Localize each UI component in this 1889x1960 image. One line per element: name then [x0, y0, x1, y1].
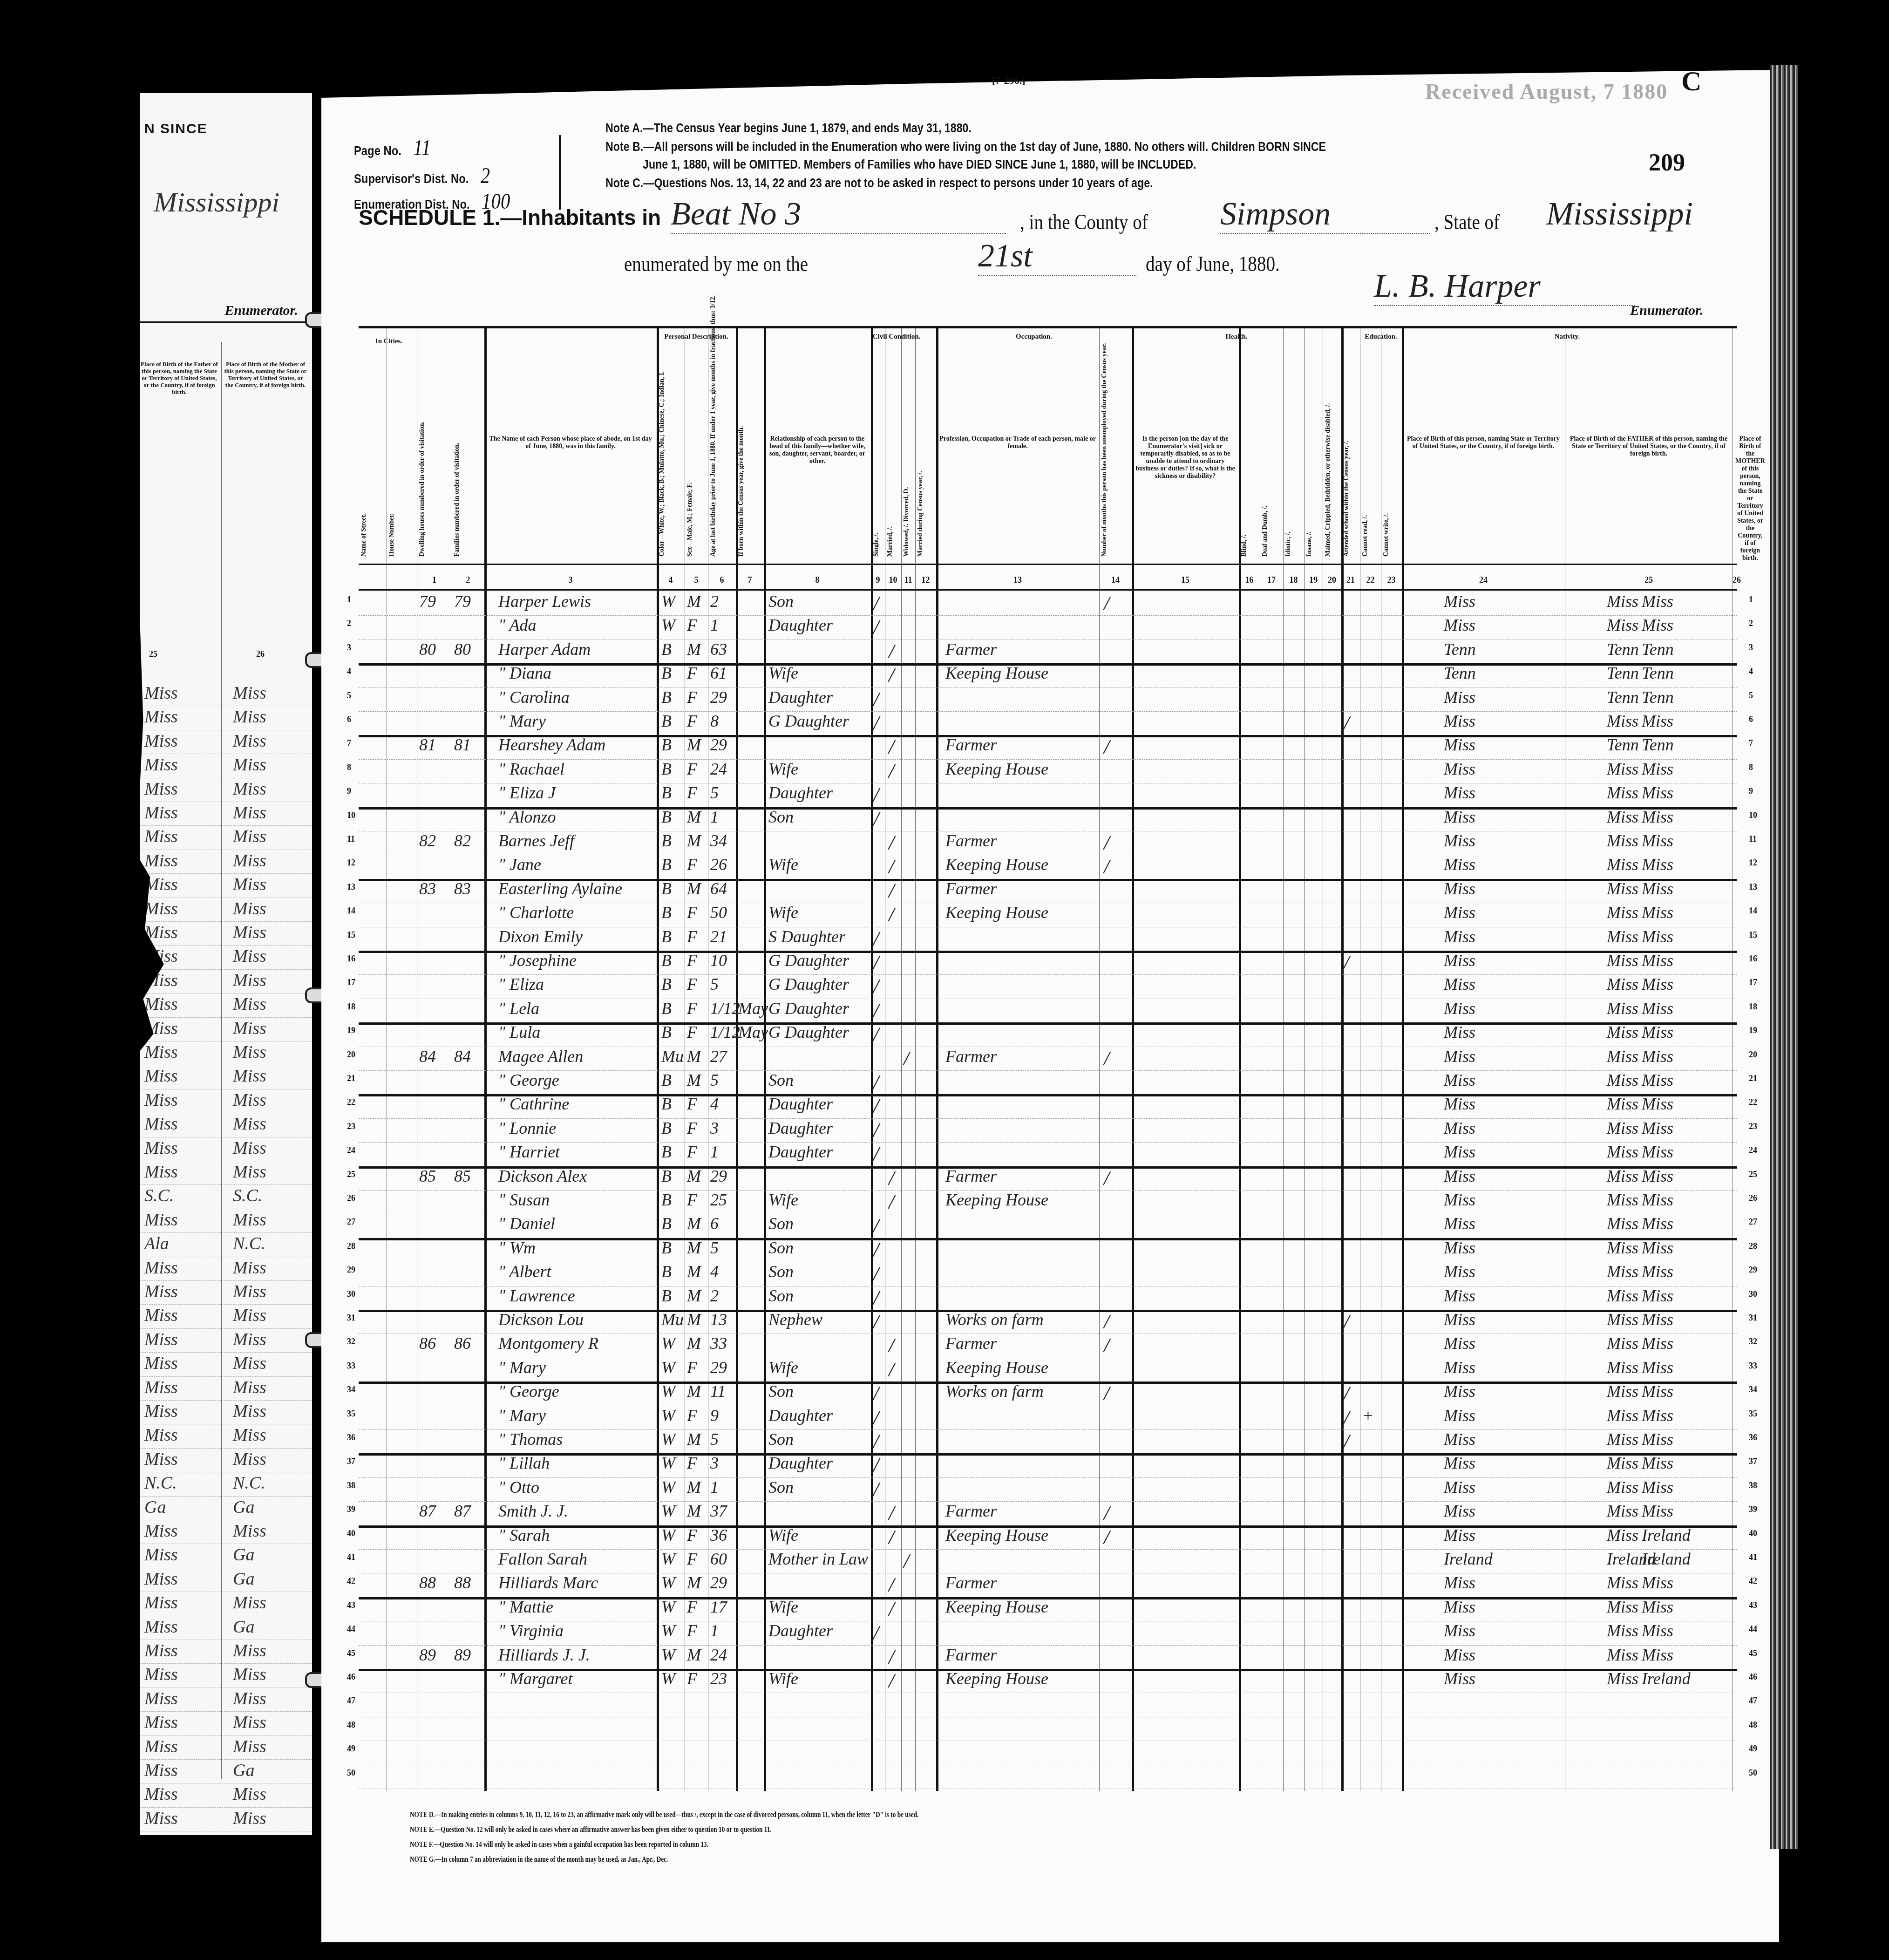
- cell-name: Harper Lewis: [498, 592, 591, 615]
- cell-father: Miss: [1607, 855, 1638, 878]
- cell-dwelling: 86: [419, 1334, 436, 1357]
- cell-name: " Margaret: [498, 1669, 572, 1693]
- cell-married: /: [889, 1358, 894, 1382]
- row-number: 24: [1749, 1145, 1757, 1155]
- cell-sex: F: [687, 1142, 697, 1166]
- state-value: Mississippi: [1546, 196, 1693, 233]
- column-number: 26: [1733, 575, 1741, 585]
- cell-mother: Miss: [1642, 1286, 1673, 1310]
- left-page-cell: Miss: [233, 1377, 266, 1398]
- cell-father: Miss: [1607, 1501, 1638, 1525]
- column-number: 2: [452, 575, 484, 585]
- page-no-value: 11: [413, 136, 431, 160]
- row-number: 5: [1749, 691, 1753, 701]
- left-page-row: MissMiss: [140, 1017, 312, 1041]
- cell-relation: Daughter: [768, 1453, 833, 1477]
- left-page-row: MissMiss: [140, 993, 312, 1017]
- cell-age: 33: [710, 1334, 727, 1357]
- cell-sex: M: [687, 1238, 701, 1262]
- table-row: 8484Magee AllenMuM27/Farmer/MissMissMiss: [359, 1047, 1737, 1071]
- cell-name: " Cathrine: [498, 1094, 569, 1118]
- column-header-c0: Name of Street.: [360, 370, 385, 557]
- cell-father: Miss: [1607, 1334, 1638, 1357]
- cell-single: /: [873, 974, 879, 998]
- left-page-row: MissGa: [140, 1568, 312, 1592]
- left-page-row: MissMiss: [140, 1137, 312, 1161]
- row-number: 29: [347, 1265, 355, 1275]
- column-number: 18: [1283, 575, 1304, 585]
- left-page-cell: Miss: [233, 1664, 266, 1685]
- cell-color: B: [661, 663, 672, 687]
- cell-name: " Otto: [498, 1477, 539, 1501]
- cell-name: Harper Adam: [498, 640, 591, 663]
- cell-relation: Wife: [768, 1525, 798, 1549]
- column-number: 22: [1360, 575, 1381, 585]
- cell-name: " Rachael: [498, 759, 564, 783]
- cell-birth: Miss: [1444, 1334, 1475, 1357]
- left-page-cell: Ga: [144, 1497, 166, 1518]
- cell-relation: G Daughter: [768, 999, 849, 1022]
- cell-single: /: [873, 1286, 879, 1310]
- cell-sex: M: [687, 735, 701, 759]
- cell-age: 1: [710, 1621, 719, 1645]
- column-header-7: If born within the Census year, give the…: [738, 370, 762, 557]
- cell-relation: Wife: [768, 759, 798, 783]
- cell-name: " Jane: [498, 855, 541, 878]
- cell-age: 3: [710, 1453, 719, 1477]
- row-number: 27: [347, 1217, 355, 1227]
- cell-family: 83: [454, 879, 471, 903]
- cell-age: 5: [710, 783, 719, 807]
- cell-sex: M: [687, 1214, 701, 1238]
- enumerator-label: Enumerator.: [1630, 303, 1704, 319]
- cell-relation: G Daughter: [768, 951, 849, 974]
- cell-sex: F: [687, 783, 697, 807]
- table-row: [359, 1693, 1737, 1717]
- cell-name: " Mary: [498, 1358, 546, 1382]
- cell-occupation: Farmer: [945, 1334, 997, 1357]
- left-page-cell: Miss: [233, 1832, 266, 1852]
- cell-mother: Miss: [1642, 927, 1673, 951]
- cell-mother: Miss: [1642, 1453, 1673, 1477]
- left-page-cell: Miss: [233, 1018, 266, 1039]
- cell-color: B: [661, 640, 672, 663]
- cell-color: B: [661, 783, 672, 807]
- left-page-cell: Miss: [144, 1640, 178, 1661]
- left-page-row: MissMiss: [140, 1161, 312, 1185]
- cell-occupation: Farmer: [945, 1645, 997, 1669]
- cell-birth: Miss: [1444, 592, 1475, 615]
- cell-color: B: [661, 711, 672, 735]
- cell-birth: Miss: [1444, 1573, 1475, 1597]
- left-page-row: MissMiss: [140, 778, 312, 802]
- cell-age: 27: [710, 1047, 727, 1070]
- row-number: 31: [1749, 1313, 1757, 1323]
- cell-color: B: [661, 1166, 672, 1190]
- row-number: 30: [347, 1289, 355, 1299]
- cell-name: " Wm: [498, 1238, 536, 1262]
- cell-sex: F: [687, 1358, 697, 1382]
- cell-mother: Miss: [1642, 1190, 1673, 1214]
- cell-relation: Daughter: [768, 783, 833, 807]
- cell-birth: Miss: [1444, 1621, 1475, 1645]
- group-personal: Personal Description.: [657, 333, 736, 340]
- row-number: 3: [347, 643, 351, 653]
- cell-single: /: [873, 1621, 879, 1645]
- left-page-cell: Miss: [144, 826, 178, 847]
- supervisor-label: Supervisor's Dist. No.: [354, 171, 469, 186]
- row-number: 40: [347, 1529, 355, 1538]
- cell-father: Miss: [1607, 1382, 1638, 1405]
- left-page-cell: Miss: [144, 1305, 178, 1326]
- row-number: 34: [347, 1385, 355, 1395]
- cell-dwelling: 87: [419, 1501, 436, 1525]
- cell-mother: Miss: [1642, 1214, 1673, 1238]
- left-page-cell: N.C.: [233, 1233, 265, 1254]
- column-number: 21: [1341, 575, 1360, 585]
- left-page-cell: Miss: [144, 994, 178, 1014]
- left-col-26-num: 26: [256, 649, 265, 659]
- cell-single: /: [873, 1094, 879, 1118]
- cell-birth: Miss: [1444, 1477, 1475, 1501]
- table-row: " VirginiaWF1Daughter/MissMissMiss: [359, 1621, 1737, 1645]
- cell-single: /: [873, 807, 879, 831]
- cell-name: " Daniel: [498, 1214, 555, 1238]
- supervisor-value: 2: [481, 163, 490, 188]
- left-page-cell: Miss: [233, 1042, 266, 1062]
- cell-married: /: [889, 640, 894, 663]
- left-page-row: MissMiss: [140, 1280, 312, 1305]
- left-page-row: MissMiss: [140, 1592, 312, 1616]
- cell-father: Miss: [1607, 1621, 1638, 1645]
- cell-age: 3: [710, 1118, 719, 1142]
- cell-mother: Miss: [1642, 1334, 1673, 1357]
- cell-father: Miss: [1607, 879, 1638, 903]
- row-number: 31: [347, 1313, 355, 1323]
- cell-mother: Tenn: [1642, 640, 1674, 663]
- cell-birth: Miss: [1444, 759, 1475, 783]
- cell-birth: Miss: [1444, 1406, 1475, 1429]
- column-number: 4: [657, 575, 685, 585]
- cell-relation: Son: [768, 1286, 794, 1310]
- cell-relation: Wife: [768, 1190, 798, 1214]
- column-header-15: Is the person [on the day of the Enumera…: [1135, 436, 1236, 480]
- cell-age: 1: [710, 1477, 719, 1501]
- cell-cannot-read: +: [1362, 1406, 1373, 1429]
- left-page-row: MissMiss: [140, 898, 312, 922]
- note-a: Note A.—The Census Year begins June 1, 1…: [605, 121, 972, 136]
- table-row: " LulaBF1/12MayG Daughter/MissMissMiss: [359, 1022, 1737, 1047]
- row-number: 42: [1749, 1576, 1757, 1586]
- cell-name: " Virginia: [498, 1621, 564, 1645]
- cell-father: Miss: [1607, 783, 1638, 807]
- cell-mother: Miss: [1642, 783, 1673, 807]
- left-page-cell: N.C.: [144, 1473, 177, 1493]
- cell-age: 2: [710, 1286, 719, 1310]
- column-header-6: Age at last birthday prior to June 1, 18…: [710, 370, 734, 557]
- cell-mother: Miss: [1642, 831, 1673, 855]
- cell-occupation: Works on farm: [945, 1382, 1044, 1405]
- page-no-line: Page No.11: [354, 135, 431, 161]
- cell-sex: M: [687, 1501, 701, 1525]
- cell-name: Smith J. J.: [498, 1501, 568, 1525]
- left-page-cell: Miss: [233, 826, 266, 847]
- cell-age: 10: [710, 951, 727, 974]
- cell-color: W: [661, 1573, 675, 1597]
- cell-single: /: [873, 1262, 879, 1286]
- row-number: 5: [347, 691, 351, 701]
- cell-color: W: [661, 1453, 675, 1477]
- cell-sex: F: [687, 1406, 697, 1429]
- cell-father: Miss: [1607, 927, 1638, 951]
- row-number: 6: [347, 715, 351, 724]
- row-number: 36: [1749, 1433, 1757, 1443]
- left-page-row: MissMiss: [140, 1520, 312, 1544]
- row-number: 47: [347, 1696, 355, 1706]
- left-page-cell: Miss: [233, 1808, 266, 1829]
- column-header-16: Blind, /.: [1241, 370, 1258, 557]
- left-page-cell: N.C.: [233, 1473, 265, 1493]
- table-row: " DanielBM6Son/MissMissMiss: [359, 1214, 1737, 1240]
- cell-birth: Miss: [1444, 687, 1475, 711]
- cell-name: " Lillah: [498, 1453, 550, 1477]
- column-header-13: Profession, Occupation or Trade of each …: [939, 436, 1096, 450]
- cell-father: Miss: [1607, 1118, 1638, 1142]
- cell-birth: Miss: [1444, 1669, 1475, 1693]
- header-rule: [359, 564, 1737, 565]
- cell-sex: M: [687, 1070, 701, 1094]
- left-page-cell: Miss: [233, 1281, 266, 1302]
- left-page-row: N.C.N.C.: [140, 1472, 312, 1496]
- cell-single: /: [873, 1477, 879, 1501]
- left-page-cell: Miss: [144, 874, 178, 895]
- footnotes: NOTE D.—In making entries in columns 9, …: [410, 1807, 1062, 1867]
- cell-name: " Carolina: [498, 687, 570, 711]
- cell-sex: M: [687, 831, 701, 855]
- column-header-4: Color—White, W.; Black, B.; Mulatto, Mu.…: [659, 370, 683, 557]
- row-number: 20: [1749, 1050, 1757, 1060]
- cell-sex: F: [687, 711, 697, 735]
- left-page-cell: Miss: [144, 1784, 178, 1804]
- row-number: 38: [1749, 1481, 1757, 1490]
- row-number: 16: [1749, 954, 1757, 964]
- column-header-8: Relationship of each person to the head …: [767, 436, 868, 465]
- left-page-cell: Miss: [144, 1569, 178, 1589]
- column-header-11: Widowed, /. Divorced, D.: [903, 370, 913, 557]
- cell-name: Dickson Alex: [498, 1166, 587, 1190]
- left-page-cell: Miss: [233, 1162, 266, 1182]
- cell-sex: M: [687, 1166, 701, 1190]
- cell-relation: Son: [768, 807, 794, 831]
- row-number: 33: [347, 1361, 355, 1371]
- left-page-row: MissMiss: [140, 1448, 312, 1472]
- district-info-box: Page No.11 Supervisor's Dist. No.2 Enume…: [354, 135, 561, 210]
- cell-mother: Miss: [1642, 759, 1673, 783]
- cell-name: " Thomas: [498, 1429, 563, 1453]
- group-civil: Civil Condition.: [871, 333, 922, 340]
- left-page-cell: Miss: [144, 803, 178, 823]
- cell-dwelling: 88: [419, 1573, 436, 1597]
- row-number: 1: [1749, 595, 1753, 605]
- row-number: 17: [1749, 978, 1757, 987]
- cell-mother: Miss: [1642, 1094, 1673, 1118]
- cell-sex: F: [687, 1022, 697, 1046]
- cell-age: 5: [710, 1238, 719, 1262]
- cell-name: Dixon Emily: [498, 927, 583, 951]
- left-page-row: MissMiss: [140, 802, 312, 826]
- row-number: 19: [347, 1026, 355, 1035]
- cell-mother: Miss: [1642, 711, 1673, 735]
- left-page-cell: Miss: [144, 1281, 178, 1302]
- cell-mother: Miss: [1642, 1310, 1673, 1334]
- cell-sex: F: [687, 951, 697, 974]
- cell-mother: Miss: [1642, 1406, 1673, 1429]
- cell-married: /: [889, 1334, 894, 1357]
- left-page-row: MissGa: [140, 1616, 312, 1640]
- left-page-cell: Miss: [233, 1449, 266, 1470]
- cell-sex: F: [687, 974, 697, 998]
- left-page-row: MissMiss: [140, 1640, 312, 1664]
- table-row: " ThomasWM5Son//MissMissMiss: [359, 1429, 1737, 1456]
- row-number: 50: [1749, 1768, 1757, 1778]
- cell-unemployed: /: [1104, 735, 1109, 759]
- cell-name: " Harriet: [498, 1142, 560, 1166]
- left-page-row: MissMiss: [140, 1041, 312, 1065]
- cell-school: /: [1344, 1406, 1349, 1429]
- column-header-20: Maimed, Crippled, Bedridden, or otherwis…: [1325, 370, 1339, 557]
- left-page-cell: Miss: [233, 922, 266, 943]
- row-number: 18: [1749, 1002, 1757, 1012]
- cell-name: Easterling Aylaine: [498, 879, 622, 903]
- cell-mother: Miss: [1642, 1118, 1673, 1142]
- cell-father: Miss: [1607, 831, 1638, 855]
- cell-family: 79: [454, 592, 471, 615]
- left-page-cell: Ga: [233, 1760, 254, 1781]
- cell-single: /: [873, 1429, 879, 1453]
- cell-mother: Miss: [1642, 1501, 1673, 1525]
- cell-birth: Miss: [1444, 1501, 1475, 1525]
- left-page-cell: Miss: [144, 1664, 178, 1685]
- cell-relation: Son: [768, 1477, 794, 1501]
- cell-school: /: [1344, 1310, 1349, 1334]
- column-number: 24: [1402, 575, 1565, 585]
- state-label: , State of: [1434, 210, 1500, 234]
- cell-birth: Miss: [1444, 1214, 1475, 1238]
- row-number: 44: [347, 1624, 355, 1634]
- left-page-row: MissMiss: [140, 706, 312, 730]
- left-page-cell: Miss: [233, 1784, 266, 1804]
- cell-married: /: [889, 663, 894, 687]
- cell-relation: G Daughter: [768, 711, 849, 735]
- cell-family: 86: [454, 1334, 471, 1357]
- cell-father: Miss: [1607, 1070, 1638, 1094]
- cell-name: " Sarah: [498, 1525, 550, 1549]
- cell-father: Miss: [1607, 1310, 1638, 1334]
- group-in-cities: In Cities.: [359, 338, 419, 345]
- cell-birth: Miss: [1444, 1190, 1475, 1214]
- left-page-cell: Miss: [144, 755, 178, 775]
- row-number: 20: [347, 1050, 355, 1060]
- census-table: In Cities. Personal Description. Civil C…: [359, 326, 1737, 1791]
- cell-birth: Miss: [1444, 1142, 1475, 1166]
- column-number: 17: [1260, 575, 1283, 585]
- note-b: Note B.—All persons will be included in …: [605, 140, 1326, 154]
- left-col-25-header: Place of Birth of the Father of this per…: [140, 361, 219, 395]
- cell-name: " Josephine: [498, 951, 577, 974]
- cell-relation: G Daughter: [768, 1022, 849, 1046]
- left-col-25-num: 25: [149, 649, 157, 659]
- cell-father: Tenn: [1607, 687, 1639, 711]
- cell-name: Barnes Jeff: [498, 831, 574, 855]
- cell-birth: Tenn: [1444, 640, 1476, 663]
- cell-color: W: [661, 1597, 675, 1621]
- left-page-cell: Miss: [233, 1401, 266, 1422]
- cell-birth: Miss: [1444, 735, 1475, 759]
- table-row: " JaneBF26Wife/Keeping House/MissMissMis…: [359, 855, 1737, 881]
- table-row: " RachaelBF24Wife/Keeping HouseMissMissM…: [359, 759, 1737, 783]
- column-header-10: Married, /.: [887, 370, 899, 557]
- column-number: 20: [1323, 575, 1341, 585]
- column-number: 16: [1239, 575, 1260, 585]
- cell-birth: Miss: [1444, 974, 1475, 998]
- left-page-cell: Miss: [233, 1114, 266, 1134]
- cell-married: /: [889, 1645, 894, 1669]
- cell-color: W: [661, 1525, 675, 1549]
- left-page-cell: Miss: [144, 1066, 178, 1086]
- left-page-cell: Miss: [233, 1353, 266, 1374]
- cell-father: Miss: [1607, 1358, 1638, 1382]
- table-row: " LillahWF3Daughter/MissMissMiss: [359, 1453, 1737, 1477]
- cell-name: " Alonzo: [498, 807, 556, 831]
- left-page-row: MissMiss: [140, 1735, 312, 1760]
- row-number: 39: [1749, 1504, 1757, 1514]
- cell-occupation: Keeping House: [945, 1669, 1048, 1693]
- cell-sex: M: [687, 1286, 701, 1310]
- column-header-25: Place of Birth of the FATHER of this per…: [1568, 436, 1730, 458]
- cell-color: W: [661, 1406, 675, 1429]
- cell-mother: Miss: [1642, 855, 1673, 878]
- cell-name: " Albert: [498, 1262, 551, 1286]
- cell-color: B: [661, 1142, 672, 1166]
- cell-relation: Son: [768, 1429, 794, 1453]
- cell-sex: M: [687, 1382, 701, 1405]
- cell-occupation: Farmer: [945, 879, 997, 903]
- cell-age: 8: [710, 711, 719, 735]
- left-page-cell: Miss: [233, 1305, 266, 1326]
- row-number: 8: [1749, 762, 1753, 772]
- left-page-cell: Miss: [144, 1736, 178, 1757]
- cell-birth: Miss: [1444, 927, 1475, 951]
- cell-color: B: [661, 1094, 672, 1118]
- cell-sex: F: [687, 903, 697, 926]
- cell-married: /: [889, 1669, 894, 1693]
- left-page-cell: Miss: [144, 779, 178, 799]
- cell-color: W: [661, 1621, 675, 1645]
- cell-father: Miss: [1607, 1525, 1638, 1549]
- cell-relation: S Daughter: [768, 927, 845, 951]
- cell-age: 50: [710, 903, 727, 926]
- cell-family: 84: [454, 1047, 471, 1070]
- note-f: NOTE F.—Question No. 14 will only be ask…: [410, 1837, 918, 1852]
- column-header-12: Married during Census year, /.: [917, 370, 934, 557]
- left-page-cell: Miss: [233, 1138, 266, 1158]
- column-header-3: The Name of each Person whose place of a…: [487, 436, 654, 450]
- table-row: [359, 1765, 1737, 1789]
- row-number: 25: [1749, 1170, 1757, 1179]
- cell-sex: F: [687, 663, 697, 687]
- cell-dwelling: 80: [419, 640, 436, 663]
- row-number: 36: [347, 1433, 355, 1443]
